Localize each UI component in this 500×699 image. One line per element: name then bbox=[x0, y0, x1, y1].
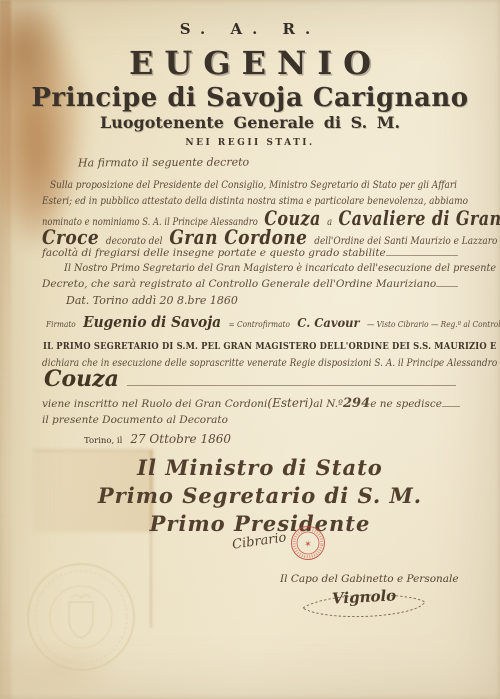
red-office-stamp-icon: ✶ bbox=[287, 522, 330, 565]
decree-text: dell'Ordine dei Santi Maurizio e Lazzaro… bbox=[314, 235, 500, 247]
decree-document: S. A. R. EUGENIO Principe di Savoja Cari… bbox=[0, 0, 500, 699]
ink-rule bbox=[442, 400, 460, 407]
issue-date-script: 27 Ottobre 1860 bbox=[130, 432, 231, 446]
roll-number: 294 bbox=[343, 396, 370, 411]
decree-text: facoltà di fregiarsi delle insegne porta… bbox=[42, 247, 386, 259]
decree-line: Decreto, che sarà registrato al Controll… bbox=[42, 278, 458, 290]
signature-transcription-row: Firmato Eugenio di Savoja = Controfirmat… bbox=[46, 313, 500, 331]
cavour-signature: C. Cavour bbox=[297, 315, 359, 330]
lieutenant-title-line: Luogotenente Generale di S. M. bbox=[0, 113, 500, 132]
ministry-line: Primo Presidente bbox=[20, 511, 500, 536]
ministry-line: Il Ministro di Stato bbox=[20, 455, 500, 480]
registration-text: viene inscritto nel Ruolo dei Gran Cordo… bbox=[42, 398, 267, 410]
prince-name-title: EUGENIO bbox=[0, 44, 500, 82]
ink-rule bbox=[436, 280, 458, 287]
cabinet-chief-title: Il Capo del Gabinetto e Personale bbox=[280, 573, 459, 585]
signature-flourish-icon bbox=[293, 588, 433, 624]
secretary-printed-title: IL PRIMO SEGRETARIO DI S.M. PEL GRAN MAG… bbox=[43, 341, 500, 352]
eugenio-signature: Eugenio di Savoja bbox=[83, 313, 221, 331]
decree-dateline: Dat. Torino addì 20 8.bre 1860 bbox=[66, 294, 238, 307]
decree-line: facoltà di fregiarsi delle insegne porta… bbox=[42, 247, 458, 259]
roll-category: (Esteri) bbox=[267, 396, 313, 410]
decree-text: decorato del bbox=[106, 235, 163, 247]
decree-line-order: Croce decorato del Gran Cordone dell'Ord… bbox=[42, 225, 500, 249]
ink-rule bbox=[386, 249, 458, 256]
ink-rule bbox=[127, 379, 456, 386]
region-line: NEI REGII STATI. bbox=[0, 138, 500, 148]
registration-roll-row: viene inscritto nel Ruolo dei Gran Cordo… bbox=[42, 396, 460, 411]
royal-initials: S. A. R. bbox=[0, 20, 500, 38]
decree-text: Decreto, che sarà registrato al Controll… bbox=[42, 278, 436, 290]
countersign-label: = Controfirmato bbox=[228, 320, 289, 329]
registration-line: il presente Documento al Decorato bbox=[42, 414, 228, 427]
decree-line: Sulla proposizione del Presidente del Co… bbox=[50, 179, 457, 192]
place-printed-label: Torino, il bbox=[84, 436, 122, 446]
registration-note: — Visto Cibrario — Reg.º al Controllo G.… bbox=[367, 320, 500, 329]
recipient-name: Couza bbox=[44, 366, 119, 392]
stamp-star-icon: ✶ bbox=[303, 540, 312, 551]
decoration-name: Gran Cordone bbox=[169, 225, 307, 249]
rank-name: Croce bbox=[42, 225, 99, 249]
registration-name-row: Couza bbox=[44, 366, 456, 392]
decree-line: Il Nostro Primo Segretario del Gran Magi… bbox=[64, 262, 496, 275]
issue-date-row: Torino, il 27 Ottobre 1860 bbox=[84, 432, 231, 446]
registration-text: al N.º bbox=[313, 398, 343, 410]
firmato-label: Firmato bbox=[46, 320, 76, 329]
embossed-seal-icon bbox=[24, 560, 138, 674]
decree-opening: Ha firmato il seguente decreto bbox=[78, 156, 249, 170]
ministry-line: Primo Segretario di S. M. bbox=[20, 483, 500, 508]
prince-title-line: Principe di Savoja Carignano bbox=[0, 83, 500, 113]
registration-text: e ne spedisce bbox=[370, 398, 442, 410]
